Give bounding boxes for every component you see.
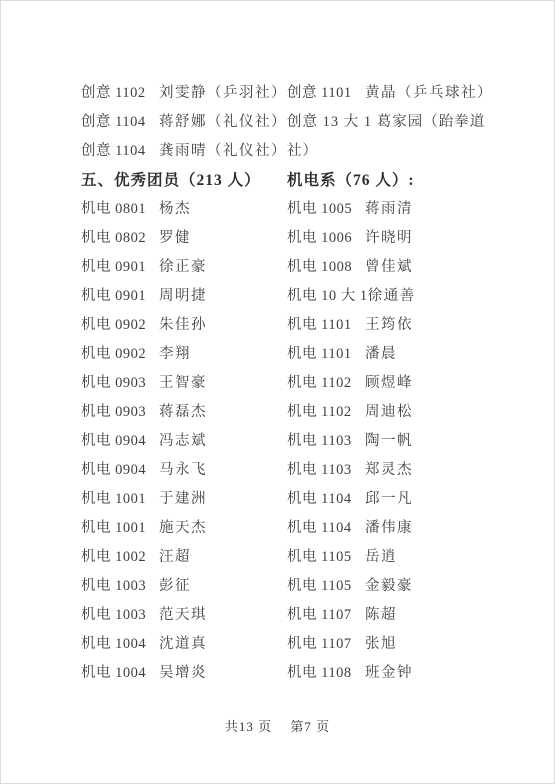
- member-row: 机电 1003范天琪机电 1107陈超: [81, 601, 511, 630]
- member-row: 机电 1001于建洲机电 1104邱一凡: [81, 485, 511, 514]
- right-cell: 机电 1008曾佳斌: [287, 253, 511, 282]
- left-cell: 机电 0901徐正豪: [81, 253, 287, 282]
- right-cell: 机电 1102周迪松: [287, 398, 511, 427]
- class-id: 机电 1005: [287, 195, 365, 224]
- right-cell: 机电 1005蒋雨清: [287, 195, 511, 224]
- member-name: 范天琪: [159, 601, 207, 630]
- class-id: 机电 1006: [287, 224, 365, 253]
- member-name: 徐正豪: [159, 253, 207, 282]
- member-name: 朱佳孙: [159, 311, 207, 340]
- right-cell: 机电 1102顾煜峰: [287, 369, 511, 398]
- member-name: 马永飞: [159, 456, 207, 485]
- left-cell: 创意 1104龚雨晴（礼仪社）: [81, 137, 287, 166]
- member-row: 机电 0901徐正豪机电 1008曾佳斌: [81, 253, 511, 282]
- member-row: 机电 0903王智豪机电 1102顾煜峰: [81, 369, 511, 398]
- club-member-row: 创意 1104蒋舒娜（礼仪社）创意 13 大 1 葛家园（跆拳道: [81, 108, 511, 137]
- right-cell: 机电 1103陶一帆: [287, 427, 511, 456]
- member-row: 机电 1001施天杰机电 1104潘伟康: [81, 514, 511, 543]
- right-cell: 社）: [287, 137, 511, 166]
- club-member-row: 创意 1104龚雨晴（礼仪社）社）: [81, 137, 511, 166]
- member-row: 机电 0902朱佳孙机电 1101王筠依: [81, 311, 511, 340]
- class-id: 机电 0802: [81, 224, 159, 253]
- member-name: 郑灵杰: [365, 456, 413, 485]
- member-name: 潘晨: [365, 340, 397, 369]
- left-cell: 机电 0802罗健: [81, 224, 287, 253]
- left-cell: 创意 1104蒋舒娜（礼仪社）: [81, 108, 287, 137]
- class-id: 机电 1103: [287, 456, 365, 485]
- member-name: 蒋舒娜（礼仪社）: [159, 108, 287, 137]
- class-id: 机电 1101: [287, 340, 365, 369]
- member-name: 龚雨晴（礼仪社）: [159, 137, 287, 166]
- member-name: 班金钟: [365, 659, 413, 688]
- member-name: 王筠依: [365, 311, 413, 340]
- section-header-row: 五、优秀团员（213 人） 机电系（76 人）:: [81, 166, 511, 195]
- member-name: 蒋磊杰: [159, 398, 207, 427]
- right-cell: 机电 1101王筠依: [287, 311, 511, 340]
- class-id: 机电 1001: [81, 514, 159, 543]
- class-id: 机电 0902: [81, 340, 159, 369]
- member-row: 机电 0903蒋磊杰机电 1102周迪松: [81, 398, 511, 427]
- class-id: 机电 10 大 1: [287, 282, 368, 311]
- member-row: 机电 0904冯志斌机电 1103陶一帆: [81, 427, 511, 456]
- left-cell: 机电 1004吴增炎: [81, 659, 287, 688]
- class-id: 机电 1105: [287, 543, 365, 572]
- member-name: 张旭: [365, 630, 397, 659]
- right-cell: 机电 1104潘伟康: [287, 514, 511, 543]
- right-cell: 机电 1006许晓明: [287, 224, 511, 253]
- class-id: 机电 1003: [81, 601, 159, 630]
- right-cell: 机电 1105岳逍: [287, 543, 511, 572]
- member-name: 施天杰: [159, 514, 207, 543]
- right-cell: 机电 1108班金钟: [287, 659, 511, 688]
- left-cell: 机电 1004沈道真: [81, 630, 287, 659]
- document-content: 创意 1102刘雯静（乒羽社）创意 1101黄晶（乒乓球社）创意 1104蒋舒娜…: [81, 79, 511, 688]
- class-id: 机电 1108: [287, 659, 365, 688]
- class-id: 机电 1004: [81, 630, 159, 659]
- right-cell: 机电 1107陈超: [287, 601, 511, 630]
- member-row: 机电 0802罗健机电 1006许晓明: [81, 224, 511, 253]
- member-list: 机电 0801杨杰机电 1005蒋雨清机电 0802罗健机电 1006许晓明机电…: [81, 195, 511, 688]
- class-id: 创意 1104: [81, 108, 159, 137]
- class-id: 机电 1001: [81, 485, 159, 514]
- member-row: 机电 1004沈道真机电 1107张旭: [81, 630, 511, 659]
- class-id: 机电 1103: [287, 427, 365, 456]
- class-id: 机电 1101: [287, 311, 365, 340]
- class-id: 创意 1102: [81, 79, 159, 108]
- right-cell: 机电 1107张旭: [287, 630, 511, 659]
- member-row: 机电 0904马永飞机电 1103郑灵杰: [81, 456, 511, 485]
- member-name: 沈道真: [159, 630, 207, 659]
- member-name: 于建洲: [159, 485, 207, 514]
- member-name: 彭征: [159, 572, 191, 601]
- club-members-list: 创意 1102刘雯静（乒羽社）创意 1101黄晶（乒乓球社）创意 1104蒋舒娜…: [81, 79, 511, 166]
- member-name: 顾煜峰: [365, 369, 413, 398]
- member-name: 陈超: [365, 601, 397, 630]
- member-name: 许晓明: [365, 224, 413, 253]
- left-cell: 机电 1001施天杰: [81, 514, 287, 543]
- class-id: 机电 1102: [287, 369, 365, 398]
- member-name: 金毅豪: [365, 572, 413, 601]
- right-cell: 创意 13 大 1 葛家园（跆拳道: [287, 108, 511, 137]
- member-name: 汪超: [159, 543, 191, 572]
- class-id: 机电 1002: [81, 543, 159, 572]
- class-id: 机电 0901: [81, 282, 159, 311]
- member-name: 邱一凡: [365, 485, 413, 514]
- class-id: 机电 1008: [287, 253, 365, 282]
- left-cell: 机电 0902朱佳孙: [81, 311, 287, 340]
- left-cell: 机电 1003范天琪: [81, 601, 287, 630]
- left-cell: 机电 0904马永飞: [81, 456, 287, 485]
- class-id: 创意 1101: [287, 79, 365, 108]
- member-name: 黄晶（乒乓球社）: [365, 79, 493, 108]
- member-name: 吴增炎: [159, 659, 207, 688]
- member-name: 岳逍: [365, 543, 397, 572]
- member-name: 李翔: [159, 340, 191, 369]
- member-row: 机电 1004吴增炎机电 1108班金钟: [81, 659, 511, 688]
- section-title: 五、优秀团员（213 人）: [81, 166, 287, 195]
- member-name: 徐通善: [368, 282, 416, 311]
- document-page: 创意 1102刘雯静（乒羽社）创意 1101黄晶（乒乓球社）创意 1104蒋舒娜…: [0, 0, 555, 784]
- class-id: 机电 1107: [287, 630, 365, 659]
- member-name: 杨杰: [159, 195, 191, 224]
- class-id: 机电 0902: [81, 311, 159, 340]
- class-id: 创意 1104: [81, 137, 159, 166]
- class-id: 机电 1102: [287, 398, 365, 427]
- left-cell: 机电 1001于建洲: [81, 485, 287, 514]
- page-footer: 共13 页 第7 页: [1, 717, 554, 737]
- wrapped-text: 创意 13 大 1 葛家园（跆拳道: [287, 108, 485, 137]
- member-name: 潘伟康: [365, 514, 413, 543]
- current-page: 第7 页: [290, 719, 330, 734]
- class-id: 机电 1107: [287, 601, 365, 630]
- right-cell: 机电 1104邱一凡: [287, 485, 511, 514]
- member-name: 罗健: [159, 224, 191, 253]
- class-id: 机电 0801: [81, 195, 159, 224]
- member-row: 机电 0801杨杰机电 1005蒋雨清: [81, 195, 511, 224]
- right-cell: 机电 1105金毅豪: [287, 572, 511, 601]
- right-cell: 创意 1101黄晶（乒乓球社）: [287, 79, 511, 108]
- member-name: 曾佳斌: [365, 253, 413, 282]
- member-name: 周迪松: [365, 398, 413, 427]
- class-id: 机电 0904: [81, 427, 159, 456]
- left-cell: 机电 1002汪超: [81, 543, 287, 572]
- class-id: 机电 1104: [287, 514, 365, 543]
- left-cell: 创意 1102刘雯静（乒羽社）: [81, 79, 287, 108]
- right-cell: 机电 1103郑灵杰: [287, 456, 511, 485]
- member-row: 机电 1003彭征机电 1105金毅豪: [81, 572, 511, 601]
- total-pages: 共13 页: [225, 719, 272, 734]
- member-name: 周明捷: [159, 282, 207, 311]
- left-cell: 机电 0901周明捷: [81, 282, 287, 311]
- member-name: 陶一帆: [365, 427, 413, 456]
- left-cell: 机电 0801杨杰: [81, 195, 287, 224]
- left-cell: 机电 0902李翔: [81, 340, 287, 369]
- class-id: 机电 1003: [81, 572, 159, 601]
- class-id: 机电 1104: [287, 485, 365, 514]
- right-cell: 机电 1101潘晨: [287, 340, 511, 369]
- member-name: 冯志斌: [159, 427, 207, 456]
- class-id: 机电 1105: [287, 572, 365, 601]
- left-cell: 机电 0904冯志斌: [81, 427, 287, 456]
- left-cell: 机电 0903王智豪: [81, 369, 287, 398]
- member-row: 机电 1002汪超机电 1105岳逍: [81, 543, 511, 572]
- department-title: 机电系（76 人）:: [287, 166, 511, 195]
- class-id: 机电 0901: [81, 253, 159, 282]
- member-row: 机电 0902李翔机电 1101潘晨: [81, 340, 511, 369]
- class-id: 机电 0904: [81, 456, 159, 485]
- member-row: 机电 0901周明捷机电 10 大 1徐通善: [81, 282, 511, 311]
- member-name: 王智豪: [159, 369, 207, 398]
- class-id: 机电 0903: [81, 369, 159, 398]
- class-id: 机电 0903: [81, 398, 159, 427]
- left-cell: 机电 1003彭征: [81, 572, 287, 601]
- member-name: 蒋雨清: [365, 195, 413, 224]
- club-member-row: 创意 1102刘雯静（乒羽社）创意 1101黄晶（乒乓球社）: [81, 79, 511, 108]
- class-id: 机电 1004: [81, 659, 159, 688]
- left-cell: 机电 0903蒋磊杰: [81, 398, 287, 427]
- wrapped-text: 社）: [287, 137, 318, 166]
- right-cell: 机电 10 大 1徐通善: [287, 282, 511, 311]
- member-name: 刘雯静（乒羽社）: [159, 79, 287, 108]
